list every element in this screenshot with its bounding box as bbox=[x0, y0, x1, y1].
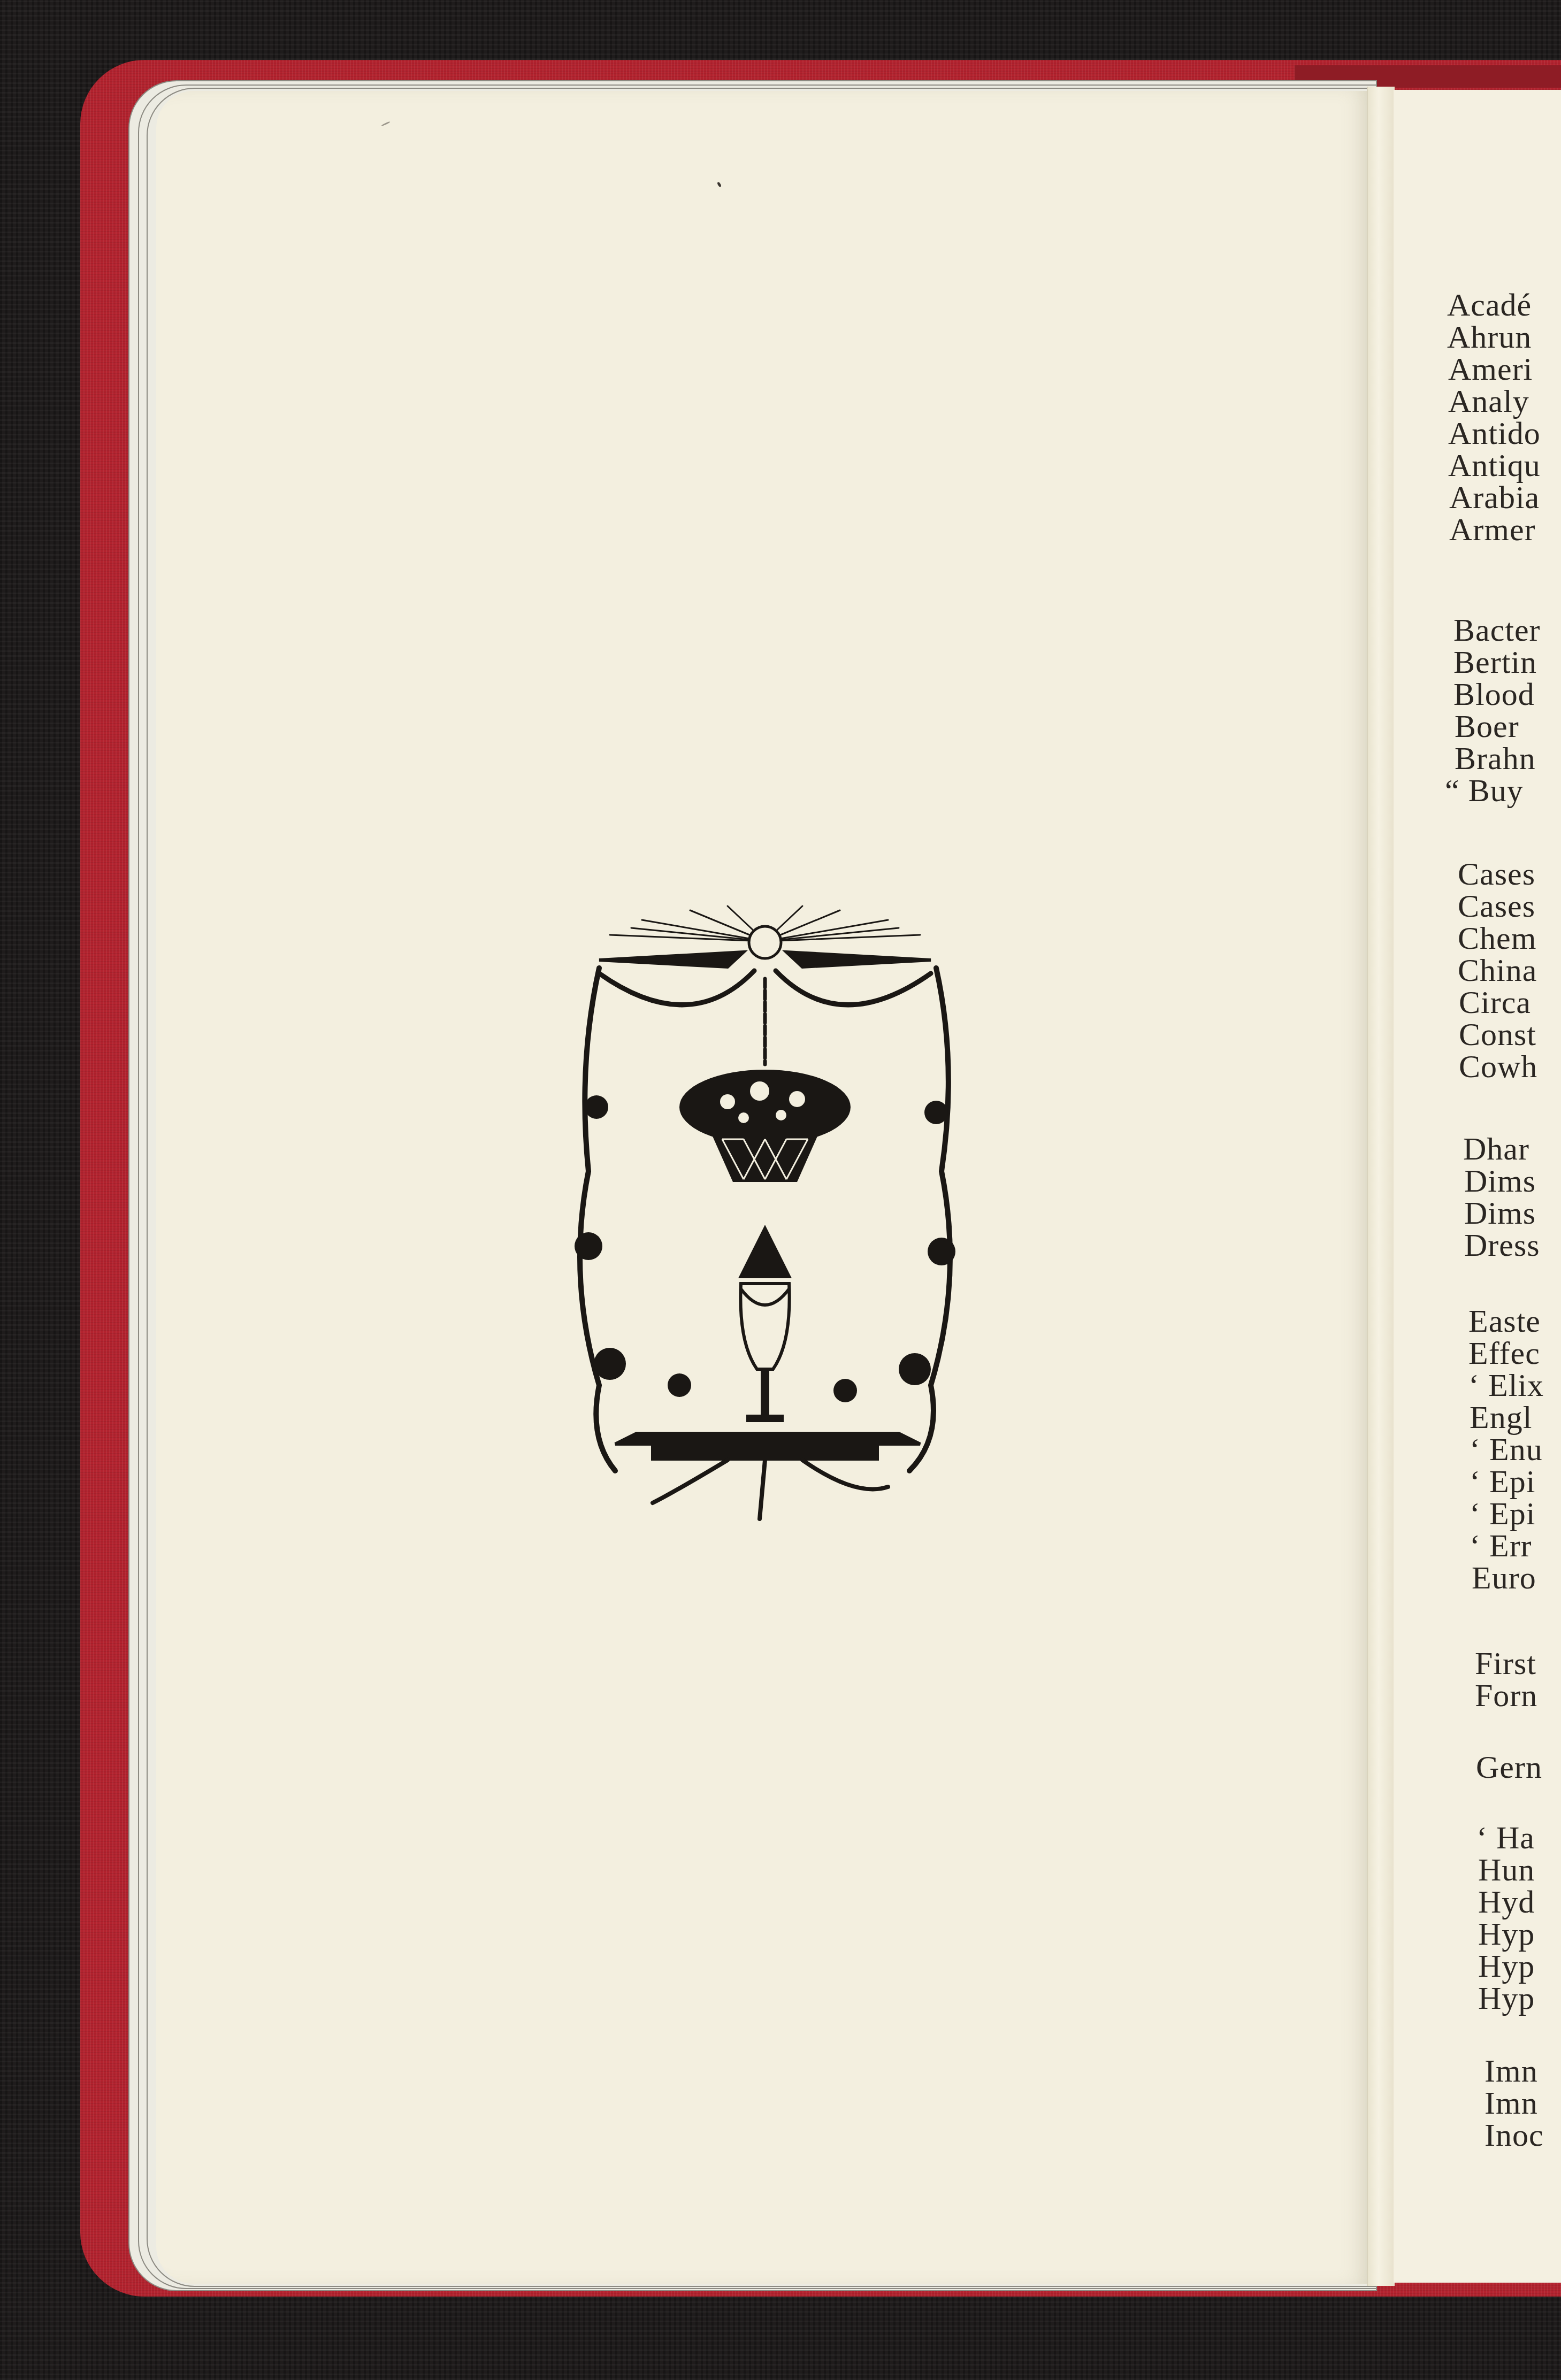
right-page: Acadé Ahrun Ameri Analy Antido Antiqu Ar… bbox=[1394, 90, 1561, 2283]
index-entry: Hyp bbox=[1478, 1918, 1535, 1950]
paper-speck bbox=[717, 181, 722, 187]
index-entry: Effec bbox=[1468, 1337, 1540, 1369]
index-entry: Cases bbox=[1458, 890, 1535, 922]
index-entry: Hun bbox=[1478, 1854, 1535, 1886]
index-entry: Gern bbox=[1476, 1751, 1542, 1783]
ornamental-vignette bbox=[567, 904, 963, 1535]
index-entry: Dhar bbox=[1463, 1133, 1529, 1165]
index-entry: Hyp bbox=[1478, 1982, 1535, 2014]
index-entry: Hyp bbox=[1478, 1950, 1535, 1982]
index-entry: Cowh bbox=[1459, 1050, 1537, 1082]
index-entry: Engl bbox=[1470, 1401, 1532, 1433]
index-entry: Boer bbox=[1455, 710, 1519, 742]
index-entry: Brahn bbox=[1455, 742, 1536, 774]
index-entry: Euro bbox=[1472, 1562, 1536, 1594]
index-entry: ‘ Epi bbox=[1470, 1498, 1535, 1530]
index-entry: First bbox=[1475, 1647, 1536, 1679]
index-entry: Arabia bbox=[1449, 481, 1540, 513]
index-entry: Imn bbox=[1485, 2087, 1538, 2119]
index-entry: Chem bbox=[1458, 922, 1536, 954]
index-entry: Forn bbox=[1475, 1679, 1537, 1711]
index-entry: Ameri bbox=[1448, 353, 1533, 385]
index-entry: Ahrun bbox=[1447, 321, 1532, 353]
index-entry: ‘ Err bbox=[1470, 1530, 1532, 1562]
index-entry: Analy bbox=[1448, 385, 1529, 417]
index-entry: Imn bbox=[1485, 2055, 1538, 2087]
index-entry: Antido bbox=[1448, 417, 1541, 449]
index-entry: Blood bbox=[1453, 678, 1535, 710]
index-entry: Cases bbox=[1458, 858, 1535, 890]
index-entry: ‘ Elix bbox=[1468, 1369, 1544, 1401]
flower-basket-icon bbox=[679, 1070, 851, 1182]
index-entry: Circa bbox=[1459, 986, 1531, 1018]
index-entry: Bertin bbox=[1453, 646, 1537, 678]
book-gutter bbox=[1367, 87, 1395, 2286]
right-wing-icon bbox=[786, 952, 931, 967]
index-entry: Inoc bbox=[1485, 2119, 1544, 2151]
index-entry: Dims bbox=[1464, 1197, 1536, 1229]
index-entry: China bbox=[1458, 954, 1537, 986]
index-entry: Dress bbox=[1464, 1229, 1540, 1261]
left-wing-icon bbox=[599, 952, 744, 967]
index-entry: ‘ Ha bbox=[1476, 1822, 1535, 1854]
index-entry: Dims bbox=[1464, 1165, 1536, 1197]
draped-urn-icon bbox=[738, 1225, 792, 1422]
index-entry: Acadé bbox=[1447, 289, 1532, 321]
index-entry: Hyd bbox=[1478, 1886, 1535, 1918]
index-entry: ‘ Enu bbox=[1470, 1433, 1543, 1465]
index-entry: Armer bbox=[1449, 513, 1536, 546]
index-entry: Const bbox=[1459, 1018, 1536, 1050]
cherub-head-icon bbox=[749, 926, 781, 958]
paper-mark bbox=[381, 121, 391, 126]
index-entry: “ Buy bbox=[1445, 774, 1524, 807]
index-entry: ‘ Epi bbox=[1470, 1465, 1535, 1498]
index-entry: Easte bbox=[1468, 1305, 1541, 1337]
index-entry: Bacter bbox=[1453, 614, 1541, 646]
index-entry: Antiqu bbox=[1448, 449, 1541, 481]
